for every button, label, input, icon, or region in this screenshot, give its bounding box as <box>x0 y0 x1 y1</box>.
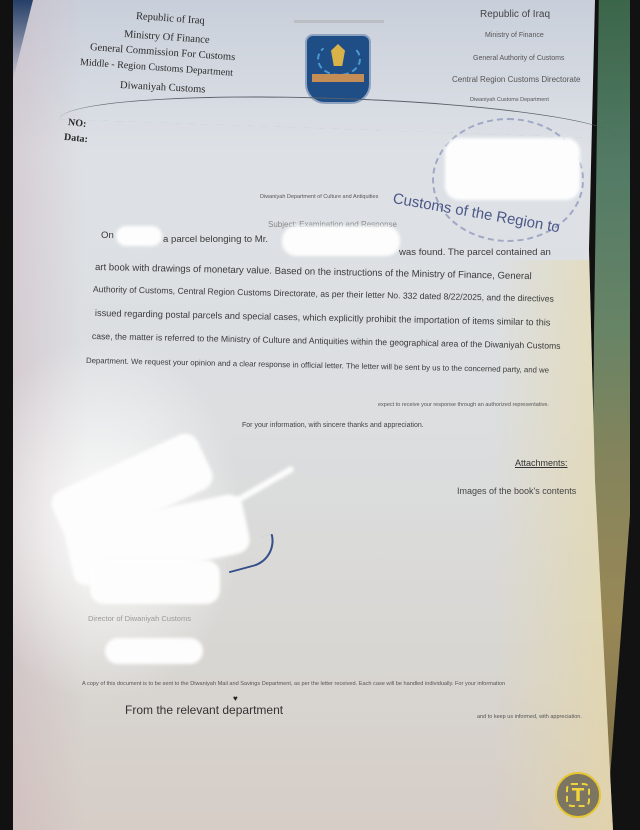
from-department: From the relevant department <box>125 703 283 717</box>
letterhead-right-line: Central Region Customs Directorate <box>452 75 581 84</box>
copy-note: A copy of this document is to be sent to… <box>82 681 505 687</box>
reference-number-label: NO: <box>67 117 86 130</box>
customs-emblem-icon <box>305 34 371 104</box>
redaction <box>105 638 203 664</box>
translate-text-icon: T <box>572 785 584 806</box>
footer-tail: and to keep us informed, with appreciati… <box>477 714 582 720</box>
letterhead-right-title: Republic of Iraq <box>480 9 550 20</box>
redaction <box>90 560 220 604</box>
body-text: a parcel belonging to Mr. <box>163 234 268 245</box>
letterhead-right-line: Diwaniyah Customs Department <box>470 97 549 103</box>
redaction <box>282 226 400 256</box>
addressee: Diwaniyah Department of Culture and Anti… <box>260 194 378 200</box>
signatory-title: Director of Diwaniyah Customs <box>88 614 191 623</box>
body-text: On <box>101 230 114 241</box>
attachments-label: Attachments: <box>515 458 568 468</box>
letterhead-right-line: Ministry of Finance <box>485 32 544 39</box>
emblem-caption <box>294 20 384 23</box>
letterhead-right-line: General Authority of Customs <box>473 55 564 62</box>
body-text: was found. The parcel contained an <box>399 247 551 258</box>
translate-button[interactable]: T <box>555 772 601 818</box>
closing-text: For your information, with sincere thank… <box>242 422 424 429</box>
body-text: expect to receive your response through … <box>378 402 549 408</box>
mark-icon: ♥ <box>233 694 238 703</box>
attachment-item: Images of the book's contents <box>457 486 576 496</box>
redaction <box>445 138 580 200</box>
redaction <box>116 226 162 246</box>
reference-date-label: Data: <box>63 132 88 145</box>
